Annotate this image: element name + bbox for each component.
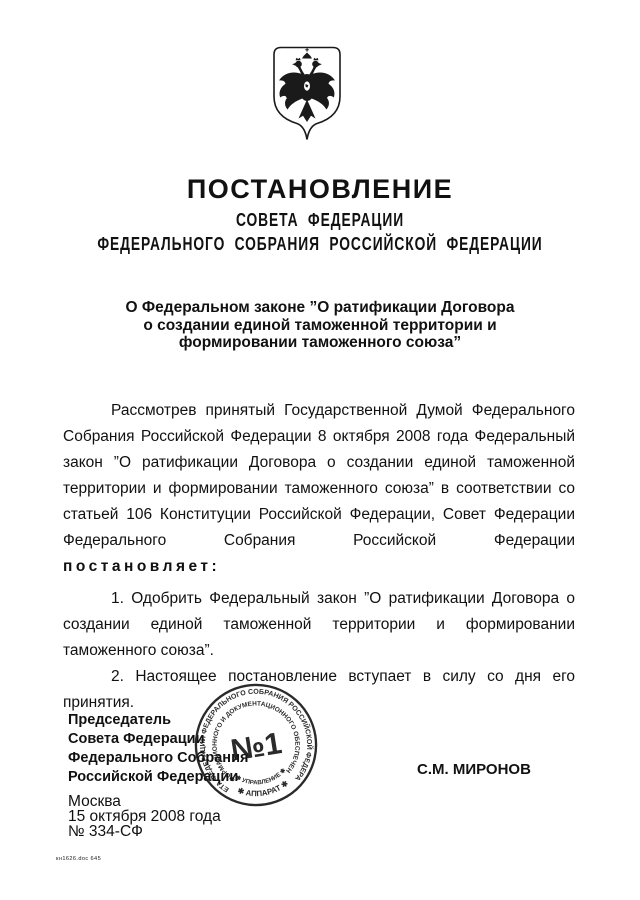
title-block: ПОСТАНОВЛЕНИЕ СОВЕТА ФЕДЕРАЦИИ ФЕДЕРАЛЬН…: [0, 176, 640, 261]
subject-line: О Федеральном законе ”О ратификации Дого…: [0, 299, 640, 317]
resolution-item-1: 1. Одобрить Федеральный закон ”О ратифик…: [63, 586, 575, 664]
document-type-title: ПОСТАНОВЛЕНИЕ: [0, 176, 640, 203]
subject-heading: О Федеральном законе ”О ратификации Дого…: [0, 299, 640, 352]
date-block: Москва 15 октября 2008 года № 334-СФ: [68, 795, 221, 839]
coat-of-arms-icon: [272, 46, 342, 142]
subject-line: о создании единой таможенной территории …: [0, 317, 640, 335]
body-text: Рассмотрев принятый Государственной Думо…: [63, 398, 575, 716]
org-name-line2: ФЕДЕРАЛЬНОГО СОБРАНИЯ РОССИЙСКОЙ ФЕДЕРАЦ…: [26, 235, 615, 253]
document-page: ПОСТАНОВЛЕНИЕ СОВЕТА ФЕДЕРАЦИИ ФЕДЕРАЛЬН…: [0, 0, 640, 900]
intro-paragraph: Рассмотрев принятый Государственной Думо…: [63, 398, 575, 580]
doc-file-reference: кн1626.doc 645: [56, 856, 101, 862]
decree-word: постановляет:: [63, 558, 220, 575]
intro-paragraph-text: Рассмотрев принятый Государственной Думо…: [63, 402, 575, 549]
document-number: № 334-СФ: [68, 825, 221, 840]
stamp-number: №1: [228, 726, 284, 768]
org-name-line1: СОВЕТА ФЕДЕРАЦИИ: [26, 211, 615, 229]
resolution-item-2: 2. Настоящее постановление вступает в си…: [63, 664, 575, 716]
signature-name: С.М. МИРОНОВ: [417, 761, 531, 778]
subject-line: формировании таможенного союза”: [0, 334, 640, 352]
